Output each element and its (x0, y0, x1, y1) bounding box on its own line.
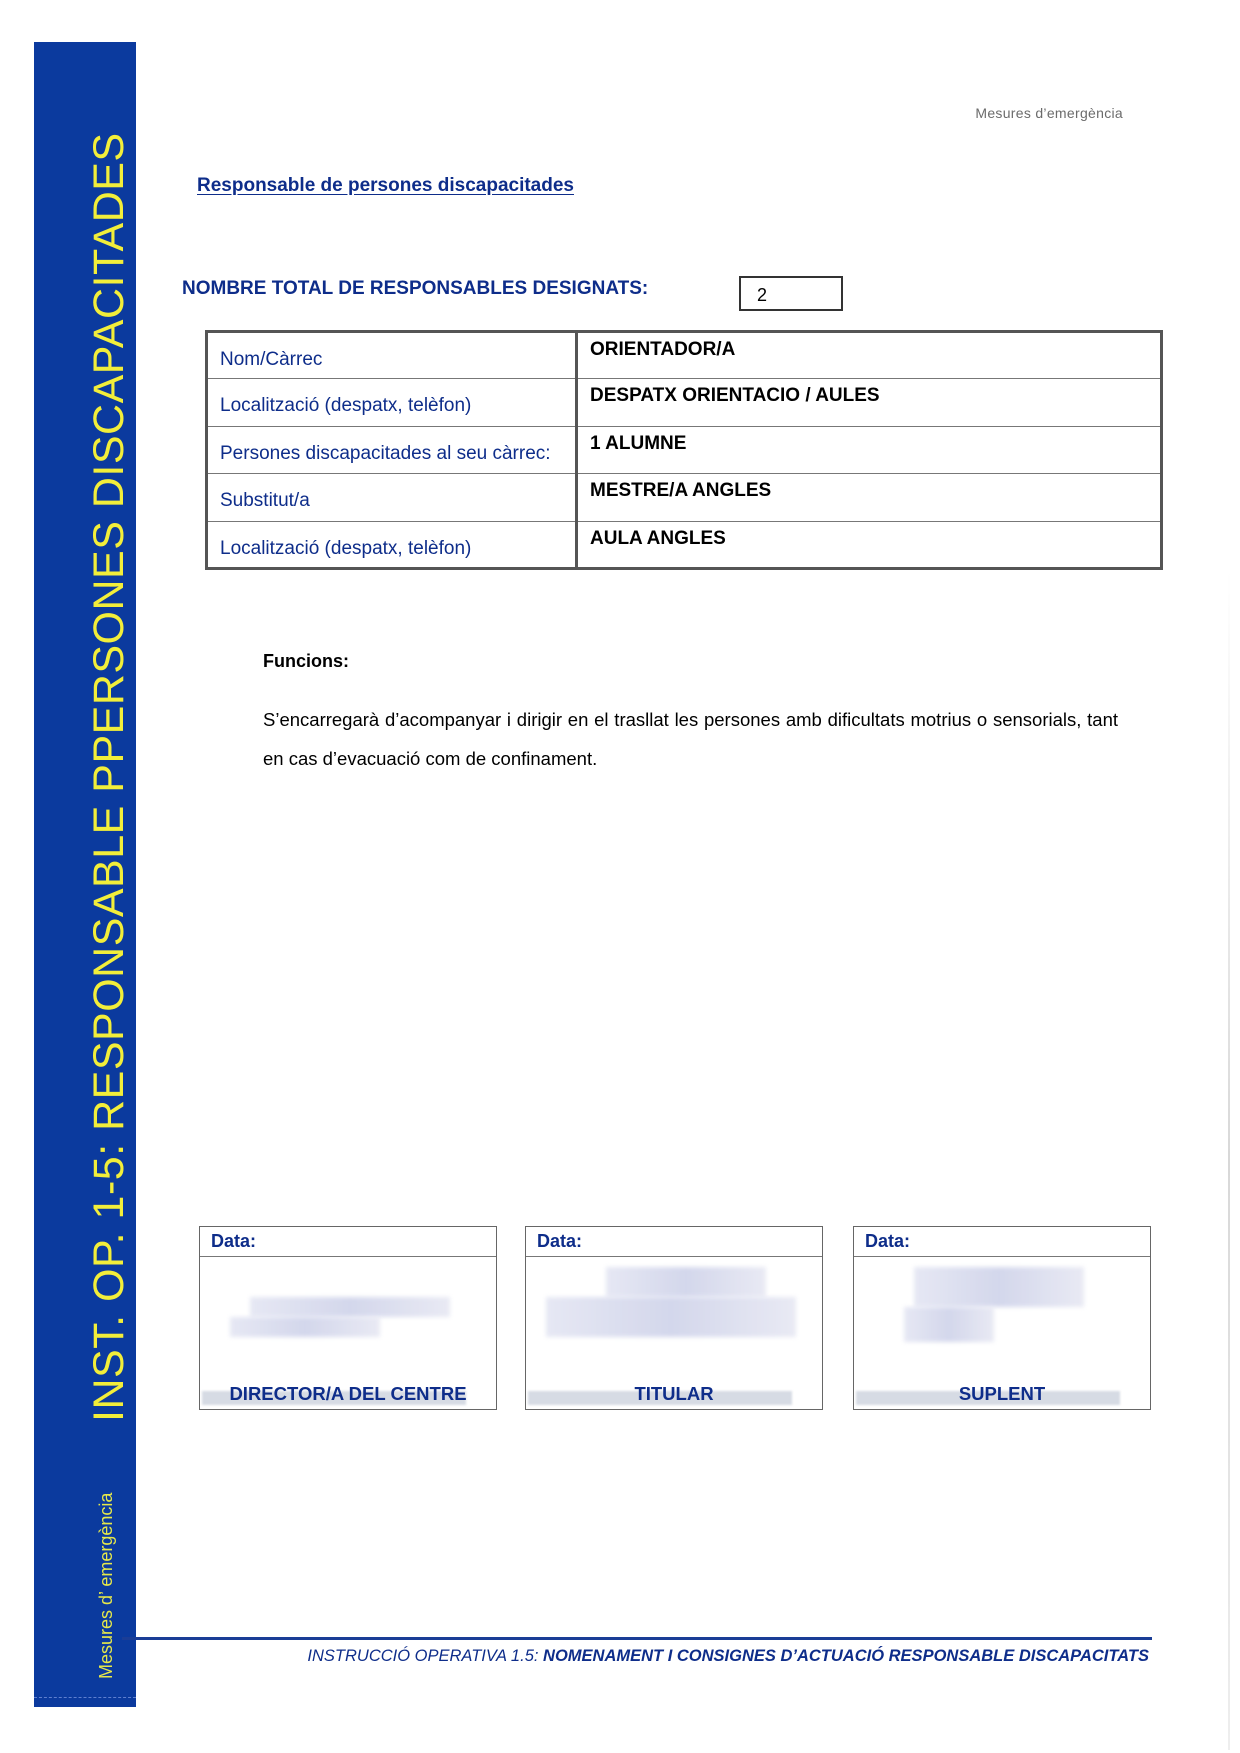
table-row: Localització (despatx, telèfon) DESPATX … (207, 379, 1162, 426)
sidebar-subtitle: Mesures d’ emergència (96, 1493, 117, 1679)
signature-box-director[interactable]: Data: DIRECTOR/A DEL CENTRE (199, 1226, 497, 1410)
row-value[interactable]: DESPATX ORIENTACIO / AULES (577, 379, 1162, 426)
responsable-table: Nom/Càrrec ORIENTADOR/A Localització (de… (205, 330, 1163, 570)
sidebar-divider (34, 1697, 136, 1698)
date-label: Data: (200, 1227, 496, 1257)
redacted-signature (914, 1267, 1084, 1307)
footer-rule (122, 1637, 1152, 1640)
redacted-signature (250, 1297, 450, 1317)
signature-area (854, 1257, 1150, 1371)
row-label: Substitut/a (207, 474, 577, 521)
row-value[interactable]: AULA ANGLES (577, 521, 1162, 568)
total-responsables-field[interactable]: 2 (739, 276, 843, 311)
row-label: Localització (despatx, telèfon) (207, 521, 577, 568)
footer-prefix: INSTRUCCIÓ OPERATIVA 1.5: (307, 1647, 543, 1665)
row-label: Nom/Càrrec (207, 332, 577, 379)
signature-area (200, 1257, 496, 1371)
signature-box-suplent[interactable]: Data: SUPLENT (853, 1226, 1151, 1410)
scan-edge (1228, 570, 1230, 1750)
funcions-heading: Funcions: (263, 651, 349, 672)
row-value[interactable]: ORIENTADOR/A (577, 332, 1162, 379)
footer-title: NOMENAMENT I CONSIGNES D’ACTUACIÓ RESPON… (543, 1647, 1149, 1665)
date-label: Data: (854, 1227, 1150, 1257)
redacted-signature (904, 1307, 994, 1342)
running-header: Mesures d’emergència (975, 105, 1123, 121)
signature-role: SUPLENT (854, 1383, 1150, 1405)
sidebar-band: INST. OP. 1-5: RESPONSABLE PPERSONES DIS… (34, 42, 136, 1707)
section-title: Responsable de persones discapacitades (197, 175, 574, 197)
table-row: Localització (despatx, telèfon) AULA ANG… (207, 521, 1162, 568)
signature-box-titular[interactable]: Data: TITULAR (525, 1226, 823, 1410)
table-row: Nom/Càrrec ORIENTADOR/A (207, 332, 1162, 379)
signature-role: TITULAR (526, 1383, 822, 1405)
row-value[interactable]: MESTRE/A ANGLES (577, 474, 1162, 521)
row-value[interactable]: 1 ALUMNE (577, 426, 1162, 473)
redacted-signature (606, 1267, 766, 1297)
table-row: Persones discapacitades al seu càrrec: 1… (207, 426, 1162, 473)
signature-role: DIRECTOR/A DEL CENTRE (200, 1383, 496, 1405)
signature-area (526, 1257, 822, 1371)
date-label: Data: (526, 1227, 822, 1257)
row-label: Localització (despatx, telèfon) (207, 379, 577, 426)
sidebar-title: INST. OP. 1-5: RESPONSABLE PPERSONES DIS… (85, 132, 134, 1422)
redacted-signature (546, 1297, 796, 1337)
funcions-paragraph: S’encarregarà d’acompanyar i dirigir en … (263, 700, 1118, 778)
row-label: Persones discapacitades al seu càrrec: (207, 426, 577, 473)
total-responsables-label: NOMBRE TOTAL DE RESPONSABLES DESIGNATS: (182, 278, 648, 300)
redacted-signature (230, 1317, 380, 1337)
table-row: Substitut/a MESTRE/A ANGLES (207, 474, 1162, 521)
footer-text: INSTRUCCIÓ OPERATIVA 1.5: NOMENAMENT I C… (307, 1647, 1149, 1666)
